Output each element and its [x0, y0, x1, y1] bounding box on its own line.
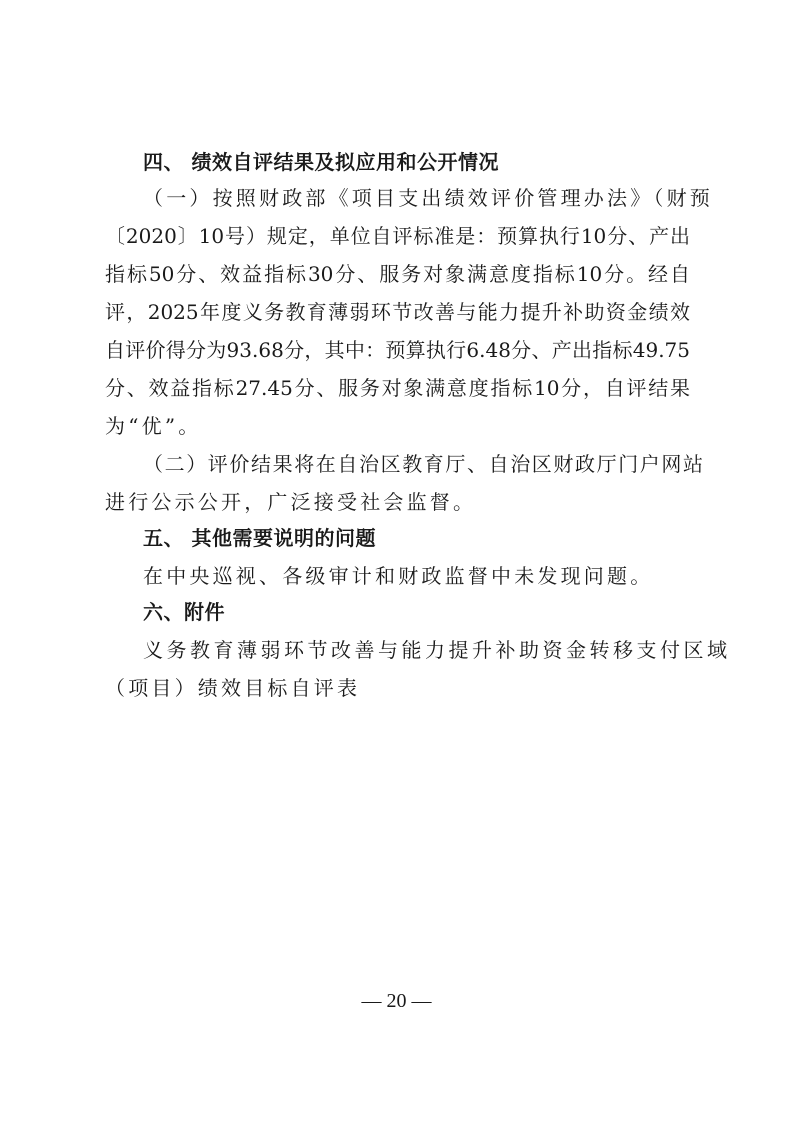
- section-4-heading: 四、 绩效自评结果及拟应用和公开情况: [143, 148, 728, 176]
- section-4-para1-line-1: （一）按照财政部《项目支出绩效评价管理办法》（财预: [143, 184, 690, 212]
- section-4-para1-line-3: 指标50分、效益指标30分、服务对象满意度指标10分。经自: [105, 260, 690, 288]
- section-4-para1-line-4: 评，2025年度义务教育薄弱环节改善与能力提升补助资金绩效: [105, 298, 690, 326]
- section-4-para1-line-6: 分、效益指标27.45分、服务对象满意度指标10分，自评结果: [105, 374, 690, 402]
- section-6-para-line-1: 义务教育薄弱环节改善与能力提升补助资金转移支付区域: [143, 636, 690, 664]
- section-4-para1-line-5: 自评价得分为93.68分，其中：预算执行6.48分、产出指标49.75: [105, 336, 690, 364]
- section-6-heading: 六、附件: [143, 598, 728, 626]
- section-5-heading: 五、 其他需要说明的问题: [143, 524, 728, 552]
- document-page: 四、 绩效自评结果及拟应用和公开情况 （一）按照财政部《项目支出绩效评价管理办法…: [0, 0, 793, 1122]
- section-4-para1-line-2: 〔2020〕10号）规定，单位自评标准是：预算执行10分、产出: [105, 222, 690, 250]
- page-number: — 20 —: [0, 990, 793, 1013]
- section-4-para1-line-7: 为“优”。: [105, 412, 690, 440]
- section-6-para-line-2: （项目）绩效目标自评表: [105, 674, 690, 702]
- section-5-para-line-1: 在中央巡视、各级审计和财政监督中未发现问题。: [143, 562, 728, 590]
- section-4-para2-line-1: （二）评价结果将在自治区教育厅、自治区财政厅门户网站: [143, 450, 690, 478]
- section-4-para2-line-2: 进行公示公开，广泛接受社会监督。: [105, 488, 690, 516]
